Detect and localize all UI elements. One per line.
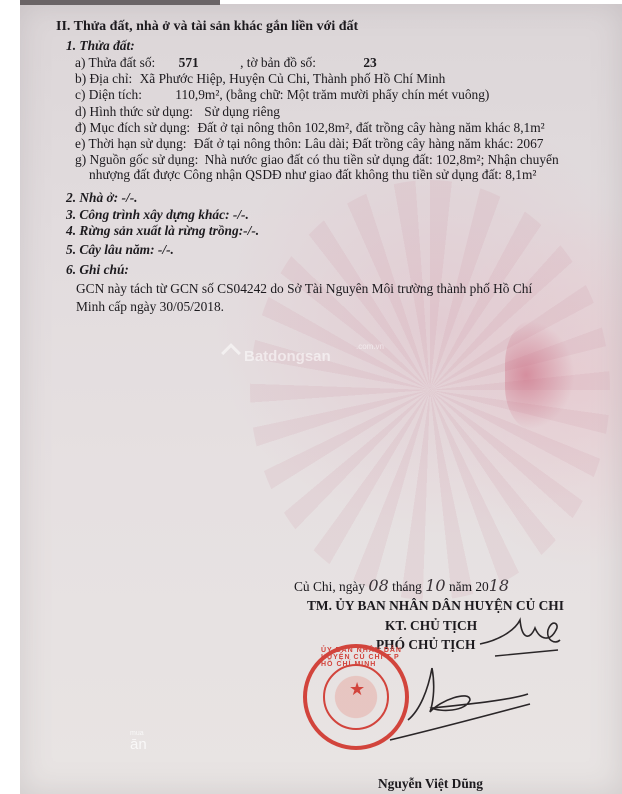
signer-name: Nguyễn Việt Dũng <box>378 775 483 792</box>
handwritten-signatures <box>0 0 622 794</box>
